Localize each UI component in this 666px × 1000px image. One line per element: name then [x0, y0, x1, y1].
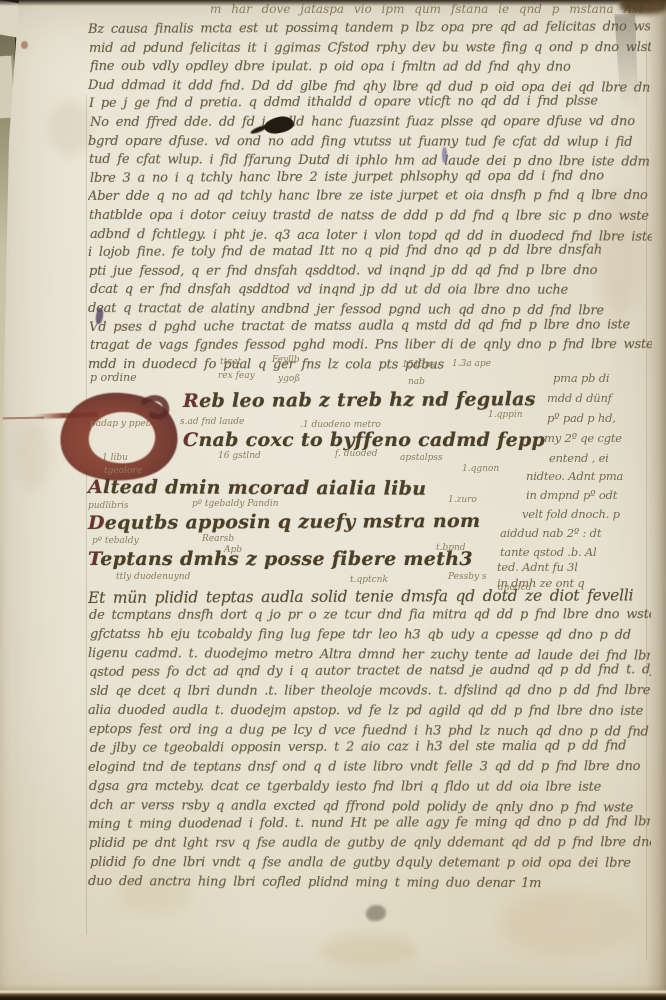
grey-smudge-bottom	[366, 905, 386, 921]
interlinear-gloss: 1 libu	[102, 453, 128, 463]
interlinear-gloss: pudlibris	[88, 501, 129, 511]
ruling-line-left	[86, 95, 87, 935]
manuscript-line: plidid fo dne lbri vndt q fse andla de g…	[90, 855, 652, 871]
manuscript-photo: m har dove jataspa vio ipm qum fstana ie…	[0, 0, 666, 1000]
parchment-stain	[500, 892, 640, 956]
manuscript-line: plidid pe dnt lght rsv q fse audla de gu…	[89, 835, 651, 851]
manuscript-line: qstod pess fo dct ad qnd dy i q autor tr…	[89, 662, 651, 680]
interlinear-gloss: tgeolore	[104, 466, 142, 476]
interlinear-gloss: 16 gstlnd	[218, 451, 261, 461]
manuscript-line: Et mün plidid teptas audla solid tenie d…	[88, 586, 650, 607]
manuscript-line: ligenu cadmd. t. duodejmo metro Altra dm…	[88, 646, 650, 664]
margin-note: velt fold dnoch. p	[522, 507, 620, 521]
interlinear-gloss: Feyllb	[272, 355, 300, 365]
contents-display-line: Teptans dmhs z posse fibere meth3	[88, 548, 473, 570]
parchment-stain	[320, 934, 416, 966]
ordine-note: p ordine	[90, 371, 137, 384]
manuscript-line: dch ar verss rsby q andla excted qd ffro…	[90, 798, 652, 816]
manuscript-line: sld qe dcet q lbri dundn .t. liber theol…	[90, 683, 652, 699]
manuscript-page-leaf: m har dove jataspa vio ipm qum fstana ie…	[0, 0, 666, 1000]
parchment-stain	[16, 420, 50, 490]
manuscript-line: tud fe cfat wlup. i fid ffarung Dutd di …	[89, 152, 651, 170]
interlinear-gloss: pº tebaldy	[92, 536, 139, 546]
margin-note: pº pad p hd,	[547, 411, 616, 425]
page-bottom-edge	[0, 984, 666, 1000]
manuscript-line: mid ad pdund felicitas it i ggimas Cfsto…	[89, 40, 651, 56]
manuscript-line: lbre 3 a no i q tchly hanc lbre 2 iste j…	[90, 168, 652, 186]
contents-display-line: Altead dmin mcorad aialia libu	[88, 476, 427, 500]
margin-note: aiddud nab 2º : dt	[500, 526, 601, 540]
contents-display-line: Reb leo nab z treb hz nd fegulas	[183, 388, 536, 412]
manuscript-line: Bz causa finalis mcta est ut possimq tan…	[88, 19, 650, 37]
interlinear-gloss: ygoß	[278, 374, 300, 384]
manuscript-line: thatblde opa i dotor ceiuy trastd de nat…	[89, 208, 651, 224]
manuscript-line: tragat de vags fgndes fessod pghd modi. …	[90, 337, 652, 353]
interlinear-gloss: pº tgebaldy Pandin	[192, 499, 279, 509]
interlinear-gloss: s.ad fnd laude	[180, 417, 244, 427]
manuscript-line: de tcmptans dnsfh dort q jo pr o ze tcur…	[89, 607, 651, 623]
manuscript-line: bgrd opare dfuse. vd ond no add fing vtu…	[88, 134, 650, 150]
contents-display-line: Dequtbs apposin q zuefy mstra nom	[88, 510, 480, 534]
margin-note: pma pb di	[553, 371, 609, 385]
manuscript-line: duo ded anctra hing lbri cofled plidnd m…	[88, 874, 650, 892]
photo-top-edge	[0, 0, 666, 6]
manuscript-line: No end ffred dde. dd fd i stdld hanc fua…	[90, 114, 652, 130]
interlinear-gloss: .1 duodeno metro	[300, 420, 381, 430]
parchment-stain	[48, 100, 92, 156]
margin-note: in dmpnd pº odt	[526, 488, 617, 502]
interlinear-gloss: Pessby s	[448, 572, 487, 582]
interlinear-gloss: 1513ps	[402, 360, 435, 370]
manuscript-line: eptops fest ord ing a dug pe lcy d vce f…	[89, 722, 651, 740]
interlinear-gloss: ttcat	[220, 357, 241, 367]
interlinear-gloss: rex feay	[218, 371, 255, 381]
manuscript-line: pti jue fessod, q er fnd dnsfah qsddtod.…	[89, 263, 651, 279]
manuscript-line: fine oub vdly opdley dbre ipulat. p oid …	[90, 59, 652, 75]
interlinear-gloss: padap y ppeb	[90, 419, 151, 429]
red-dot-mark	[21, 41, 28, 49]
manuscript-line: deat q tractat de alatiny andbnd jer fes…	[88, 301, 650, 319]
margin-note: my 2º qe cgte	[544, 431, 622, 445]
interlinear-gloss: nab	[408, 377, 425, 387]
interlinear-gloss: t.bpnd	[436, 543, 466, 553]
manuscript-line: dgsa gra mcteby. dcat ce tgerbaldy iesto…	[89, 779, 651, 795]
margin-note: nidteo. Adnt pma	[526, 469, 623, 483]
interlinear-gloss: 1.qppin	[488, 410, 523, 420]
photo-right-shade	[646, 0, 666, 1000]
manuscript-line: Aber dde q no ad qd tchly hanc lbre ze i…	[88, 189, 650, 205]
manuscript-line: gfctatss hb eju tcobaldy fing lug fepe t…	[90, 627, 652, 643]
margin-note: entend , ei	[549, 451, 609, 465]
interlinear-gloss: 1.zuro	[448, 495, 477, 505]
margin-note: mdd d dünf	[547, 391, 612, 405]
manuscript-line: adbnd d fchtlegy. i pht je. q3 aca loter…	[90, 227, 652, 245]
manuscript-line: I pe j ge fnd d pretia. q ddmd ithaldd d…	[89, 94, 651, 112]
manuscript-line: i lojob fine. fe toly fnd de matad Itt n…	[88, 243, 650, 261]
interlinear-gloss: f. duoded	[335, 449, 378, 459]
manuscript-line: dcat q er fnd dnsfah qsddtod vd inqnd jp…	[90, 282, 652, 298]
contents-display-line: Cnab coxc to byffeno cadmd fepp	[183, 429, 545, 451]
interlinear-gloss: Rearsb	[202, 534, 234, 544]
manuscript-line: Vd pses d pghd uche tractat de matss aud…	[89, 317, 651, 335]
interlinear-gloss: 1.3a ape	[452, 359, 491, 369]
manuscript-line: de jlby ce tgeobaldi opposin versp. t 2 …	[90, 738, 652, 756]
margin-note: ted. Adnt fu 3l	[497, 560, 578, 574]
interlinear-gloss: t.qptcnk	[350, 575, 388, 585]
interlinear-gloss: apstalpss	[400, 453, 443, 463]
manuscript-line: elogind tnd de teptans dnsf ond q d iste…	[88, 759, 650, 775]
manuscript-line: ming t ming duodenad i fold. t. nund Ht …	[88, 814, 650, 832]
interlinear-gloss: ttly duodenuynd	[116, 572, 190, 582]
manuscript-line: alia duoded audla t. duodejm apstop. vd …	[88, 703, 650, 719]
interlinear-gloss: 1.qgnon	[462, 464, 499, 474]
interlinear-gloss: Apb	[224, 545, 242, 555]
margin-note: tante qstod .b. Al	[500, 545, 597, 559]
